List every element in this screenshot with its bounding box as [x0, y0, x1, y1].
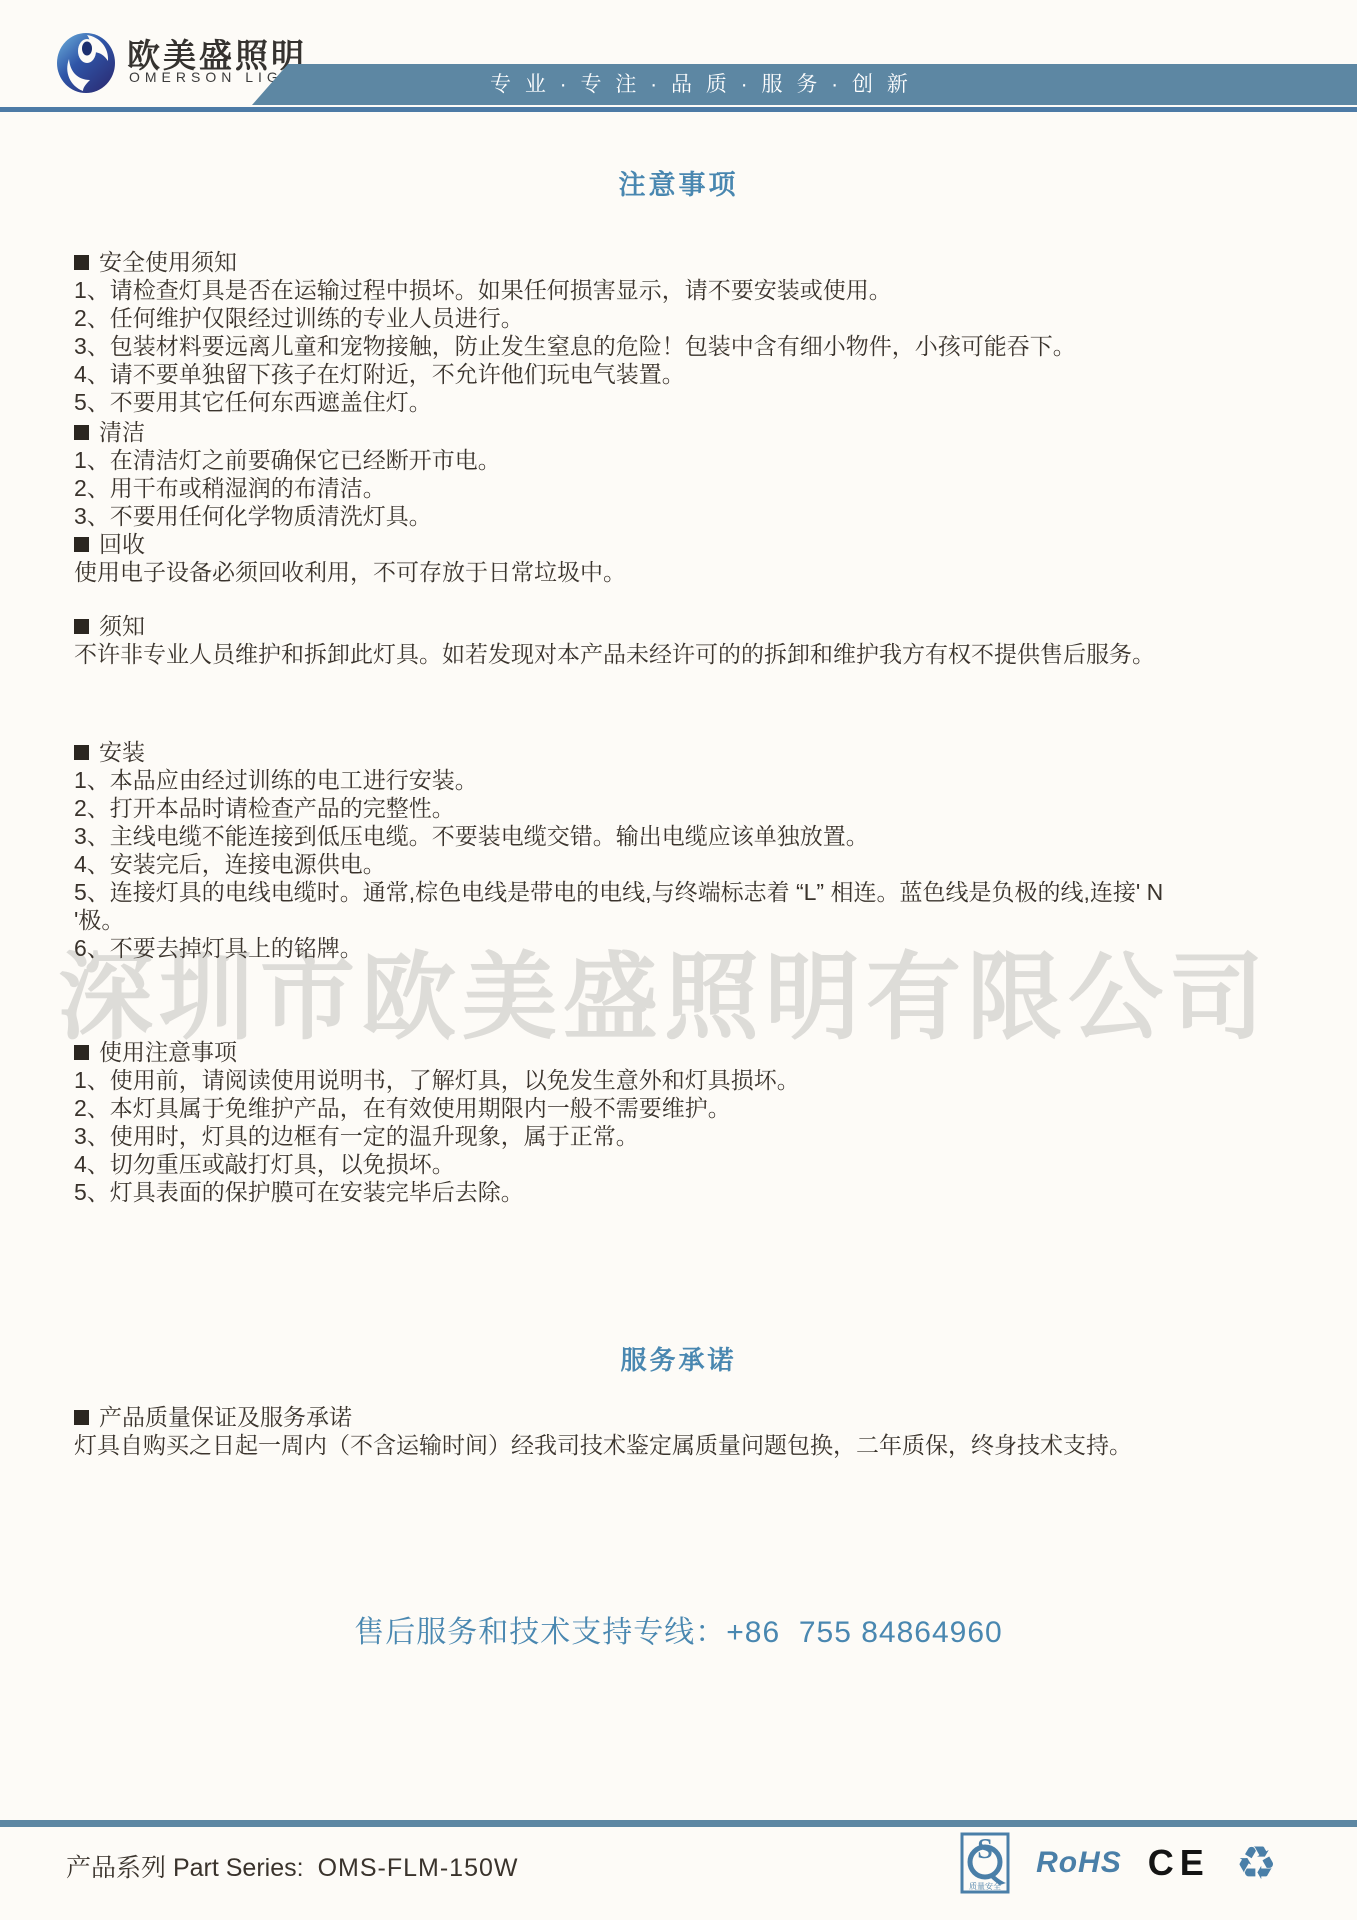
- notice-line: 5、灯具表面的保护膜可在安装完毕后去除。: [74, 1178, 1327, 1206]
- part-series-label: 产品系列 Part Series:: [66, 1848, 304, 1884]
- section-service: 产品质量保证及服务承诺 灯具自购买之日起一周内（不含运输时间）经我司技术鉴定属质…: [0, 1403, 1357, 1459]
- qs-quality-safety-icon: S 质量安全: [960, 1832, 1010, 1894]
- section-bullet-icon: [74, 425, 89, 440]
- section-bullet-icon: [74, 745, 89, 760]
- notice-line: 3、不要用任何化学物质清洗灯具。: [74, 502, 1327, 530]
- notice-line: 5、连接灯具的电线电缆时。通常,棕色电线是带电的电线,与终端标志着 “L” 相连…: [74, 878, 1327, 906]
- notice-line: 5、不要用其它任何东西遮盖住灯。: [74, 388, 1327, 416]
- section-bullet-icon: [74, 537, 89, 552]
- certification-icons: S 质量安全 RoHS CE ♻: [960, 1832, 1277, 1894]
- recycle-icon: ♻: [1236, 1840, 1277, 1886]
- section-heading: 回收: [74, 530, 1327, 558]
- section-heading: 安全使用须知: [74, 248, 1327, 276]
- notice-line: 不许非专业人员维护和拆卸此灯具。如若发现对本产品未经许可的的拆卸和维护我方有权不…: [74, 640, 1327, 668]
- notice-line: 1、本品应由经过训练的电工进行安装。: [74, 766, 1327, 794]
- notice-line: '极。: [74, 906, 1327, 934]
- section-bullet-icon: [74, 1045, 89, 1060]
- service-title: 服务承诺: [0, 1340, 1357, 1377]
- slogan-text: 专 业 · 专 注 · 品 质 · 服 务 · 创 新: [490, 64, 912, 105]
- notice-line: 2、本灯具属于免维护产品，在有效使用期限内一般不需要维护。: [74, 1094, 1327, 1122]
- section-cleaning: 清洁 1、在清洁灯之前要确保它已经断开市电。 2、用干布或稍湿润的布清洁。 3、…: [0, 418, 1357, 530]
- section-heading: 使用注意事项: [74, 1038, 1327, 1066]
- svg-text:质量安全: 质量安全: [969, 1881, 1001, 1891]
- notice-line: 6、不要去掉灯具上的铭牌。: [74, 934, 1327, 962]
- slogan-banner: 专 业 · 专 注 · 品 质 · 服 务 · 创 新: [252, 64, 1357, 105]
- section-safety: 安全使用须知 1、请检查灯具是否在运输过程中损坏。如果任何损害显示，请不要安装或…: [0, 248, 1357, 416]
- notice-line: 2、任何维护仅限经过训练的专业人员进行。: [74, 304, 1327, 332]
- section-recycling: 回收 使用电子设备必须回收利用，不可存放于日常垃圾中。: [0, 530, 1357, 586]
- notice-line: 4、请不要单独留下孩子在灯附近，不允许他们玩电气装置。: [74, 360, 1327, 388]
- notice-line: 3、主线电缆不能连接到低压电缆。不要装电缆交错。输出电缆应该单独放置。: [74, 822, 1327, 850]
- notice-line: 1、在清洁灯之前要确保它已经断开市电。: [74, 446, 1327, 474]
- section-heading: 清洁: [74, 418, 1327, 446]
- notice-line: 3、包装材料要远离儿童和宠物接触，防止发生窒息的危险！包装中含有细小物件，小孩可…: [74, 332, 1327, 360]
- notice-line: 使用电子设备必须回收利用，不可存放于日常垃圾中。: [74, 558, 1327, 586]
- notice-line: 1、请检查灯具是否在运输过程中损坏。如果任何损害显示，请不要安装或使用。: [74, 276, 1327, 304]
- section-heading: 须知: [74, 612, 1327, 640]
- footer-rule: [0, 1820, 1357, 1827]
- section-installation: 安装 1、本品应由经过训练的电工进行安装。 2、打开本品时请检查产品的完整性。 …: [0, 738, 1357, 962]
- service-body: 灯具自购买之日起一周内（不含运输时间）经我司技术鉴定属质量问题包换，二年质保，终…: [74, 1431, 1327, 1459]
- section-bullet-icon: [74, 255, 89, 270]
- notice-content: 注意事项 安全使用须知 1、请检查灯具是否在运输过程中损坏。如果任何损害显示，请…: [0, 111, 1357, 1651]
- section-heading: 安装: [74, 738, 1327, 766]
- notice-line: 2、打开本品时请检查产品的完整性。: [74, 794, 1327, 822]
- notice-line: 1、使用前，请阅读使用说明书，了解灯具，以免发生意外和灯具损坏。: [74, 1066, 1327, 1094]
- page-title: 注意事项: [0, 163, 1357, 202]
- section-bullet-icon: [74, 1410, 89, 1425]
- svg-text:S: S: [977, 1834, 993, 1865]
- part-series: 产品系列 Part Series: OMS-FLM-150W: [66, 1848, 518, 1884]
- section-bullet-icon: [74, 619, 89, 634]
- section-usage: 使用注意事项 1、使用前，请阅读使用说明书，了解灯具，以免发生意外和灯具损坏。 …: [0, 1038, 1357, 1206]
- notice-line: 4、安装完后，连接电源供电。: [74, 850, 1327, 878]
- notice-line: 3、使用时，灯具的边框有一定的温升现象，属于正常。: [74, 1122, 1327, 1150]
- rohs-mark: RoHS: [1036, 1846, 1122, 1880]
- omerson-logo-icon: [56, 32, 116, 94]
- document-page: 欧美盛照明 OMERSON LIGHT 专 业 · 专 注 · 品 质 · 服 …: [0, 0, 1357, 1920]
- section-notice: 须知 不许非专业人员维护和拆卸此灯具。如若发现对本产品未经许可的的拆卸和维护我方…: [0, 612, 1357, 668]
- ce-mark: CE: [1148, 1842, 1210, 1884]
- notice-line: 2、用干布或稍湿润的布清洁。: [74, 474, 1327, 502]
- part-series-number: OMS-FLM-150W: [318, 1854, 519, 1883]
- support-hotline: 售后服务和技术支持专线：+86 755 84864960: [0, 1607, 1357, 1651]
- section-heading: 产品质量保证及服务承诺: [74, 1403, 1327, 1431]
- notice-line: 4、切勿重压或敲打灯具，以免损坏。: [74, 1150, 1327, 1178]
